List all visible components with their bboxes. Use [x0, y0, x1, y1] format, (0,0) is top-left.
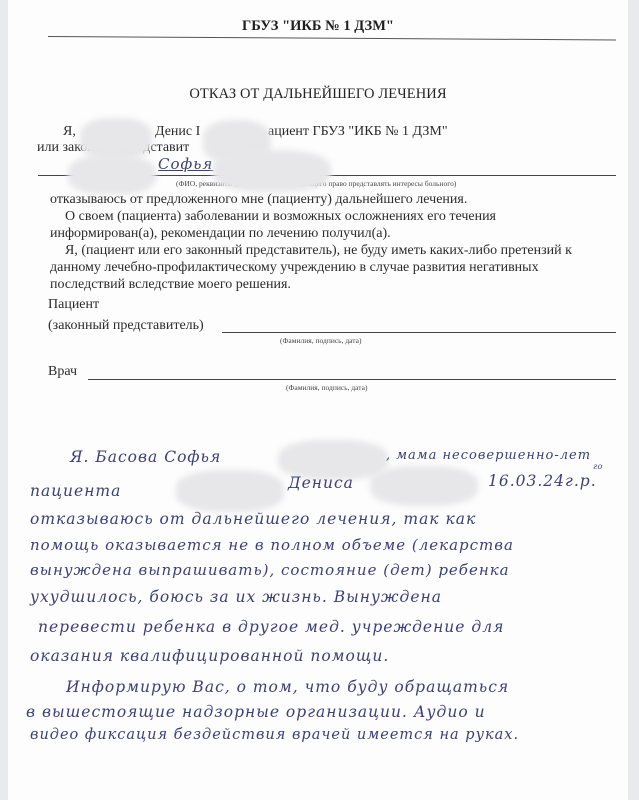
body-line: Я, (пациент или его законный представите… [65, 243, 572, 259]
body-line: информирован(а), рекомендации по лечению… [50, 226, 391, 242]
intro-patient-name: Денис I [155, 124, 200, 140]
patient-signature-line [222, 332, 616, 333]
patient-signature-caption: (Фамилия, подпись, дата) [280, 336, 362, 345]
body-line: данному лечебно-профилактическому учрежд… [50, 260, 539, 276]
handwritten-line: помощь оказывается не в полном объеме (л… [30, 536, 514, 554]
institution-header: ГБУЗ "ИКБ № 1 ДЗМ" [8, 18, 628, 35]
handwritten-line: вынуждена выпрашивать), состояние (дет) … [30, 561, 510, 579]
handwritten-line: Информирую Вас, о том, что буду обращать… [66, 678, 509, 696]
handwritten-line: видео фиксация бездействия врачей имеетс… [30, 727, 519, 743]
representative-handwritten-name: Софья [158, 155, 213, 173]
patient-label: Пациент [48, 297, 99, 313]
intro-patient-suffix: ациент ГБУЗ "ИКБ № 1 ДЗМ" [268, 124, 448, 140]
body-line: последствий вследствие моего решения. [50, 277, 291, 293]
document-page: ГБУЗ "ИКБ № 1 ДЗМ" ОТКАЗ ОТ ДАЛЬНЕЙШЕГО … [8, 0, 628, 800]
redaction-blur [370, 466, 478, 506]
handwritten-line: отказываюсь от дальнейшего лечения, так … [30, 510, 476, 528]
doctor-signature-line [88, 379, 616, 380]
handwritten-line: Дениса [288, 474, 354, 492]
body-line: О своем (пациента) заболевании и возможн… [65, 209, 496, 225]
handwritten-line: ухудшилось, боюсь за их жизнь. Вынуждена [30, 588, 442, 606]
handwritten-line: Я. Басова Софья [70, 448, 221, 466]
representative-sign-label: (законный представитель) [48, 318, 204, 334]
doctor-signature-caption: (Фамилия, подпись, дата) [286, 383, 368, 392]
document-title: ОТКАЗ ОТ ДАЛЬНЕЙШЕГО ЛЕЧЕНИЯ [8, 86, 628, 103]
body-line: отказываюсь от предложенного мне (пациен… [50, 192, 467, 208]
redaction-blur [213, 150, 331, 192]
handwritten-date: 16.03.24г.р. [488, 472, 597, 490]
doctor-label: Врач [48, 364, 77, 380]
handwritten-line: в вышестоящие надзорные организации. Ауд… [26, 703, 486, 721]
intro-prefix: Я, [63, 124, 76, 140]
handwritten-superscript: го [593, 462, 603, 471]
handwritten-line: оказания квалифицированной помощи. [30, 647, 389, 665]
redaction-blur [176, 470, 284, 512]
header-rule [48, 36, 616, 40]
handwritten-line: перевести ребенка в другое мед. учрежден… [38, 618, 504, 636]
redaction-blur [80, 118, 152, 160]
handwritten-line: пациента [30, 482, 121, 500]
redaction-blur [68, 155, 156, 195]
handwritten-line: , мама несовершенно-лет [386, 448, 591, 463]
